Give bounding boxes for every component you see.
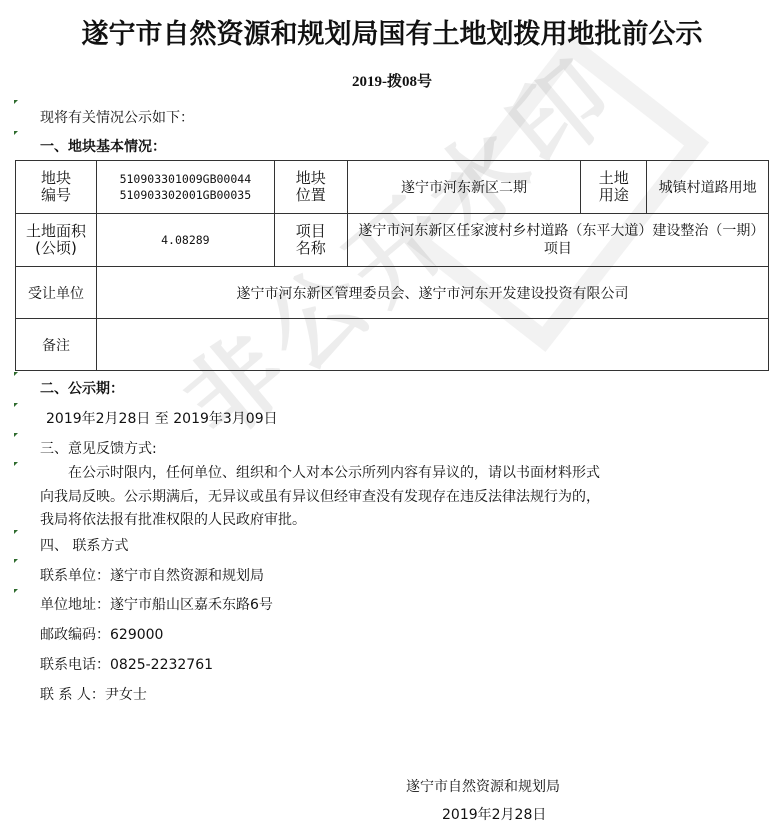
transferee-label: 受让单位 [16, 267, 97, 319]
section2-heading: 二、公示期： [40, 378, 124, 398]
contact-phone: 联系电话：0825-2232761 [40, 654, 213, 674]
parcel-no-values: 510903301009GB00044 510903302001GB00035 [96, 161, 274, 214]
signature-date: 2019年2月28日 [442, 804, 546, 824]
document-number: 2019-拨08号 [0, 70, 784, 91]
section4-heading: 四、 联系方式 [40, 535, 128, 555]
feedback-line: 向我局反映。公示期满后，无异议或虽有异议但经审查没有发现存在违反法律法规行为的， [40, 486, 700, 510]
use-value: 城镇村道路用地 [647, 161, 769, 214]
feedback-paragraph: 在公示时限内，任何单位、组织和个人对本公示所列内容有异议的，请以书面材料形式 向… [40, 462, 700, 533]
location-label: 地块位置 [274, 161, 347, 214]
paragraph-mark-icon [14, 372, 18, 376]
paragraph-mark-icon [14, 433, 18, 437]
paragraph-mark-icon [14, 589, 18, 593]
contact-unit: 联系单位：遂宁市自然资源和规划局 [40, 565, 264, 585]
contact-postcode: 邮政编码：629000 [40, 624, 163, 644]
signature-org: 遂宁市自然资源和规划局 [406, 776, 560, 796]
table-row: 受让单位 遂宁市河东新区管理委员会、遂宁市河东开发建设投资有限公司 [16, 267, 769, 319]
section1-heading: 一、地块基本情况： [40, 136, 166, 156]
paragraph-mark-icon [14, 131, 18, 135]
contact-address: 单位地址：遂宁市船山区嘉禾东路6号 [40, 594, 273, 614]
area-value: 4.08289 [96, 214, 274, 267]
parcel-no-2: 510903302001GB00035 [101, 187, 270, 203]
project-value: 遂宁市河东新区任家渡村乡村道路（东平大道）建设整治（一期）项目 [347, 214, 768, 267]
parcel-no-label: 地块编号 [16, 161, 97, 214]
parcel-info-table: 地块编号 510903301009GB00044 510903302001GB0… [15, 160, 769, 371]
paragraph-mark-icon [14, 403, 18, 407]
remarks-label: 备注 [16, 319, 97, 371]
intro-text: 现将有关情况公示如下： [40, 107, 194, 127]
publicity-period: 2019年2月28日 至 2019年3月09日 [46, 408, 278, 428]
transferee-value: 遂宁市河东新区管理委员会、遂宁市河东开发建设投资有限公司 [96, 267, 768, 319]
paragraph-mark-icon [14, 100, 18, 104]
table-row: 土地面积 (公顷) 4.08289 项目名称 遂宁市河东新区任家渡村乡村道路（东… [16, 214, 769, 267]
location-value: 遂宁市河东新区二期 [347, 161, 581, 214]
area-label-line1: 土地面积 [20, 223, 92, 240]
contact-person: 联 系 人：尹女士 [40, 684, 147, 704]
area-label-line2: (公顷) [20, 240, 92, 257]
area-label: 土地面积 (公顷) [16, 214, 97, 267]
project-label: 项目名称 [274, 214, 347, 267]
paragraph-mark-icon [14, 530, 18, 534]
parcel-no-1: 510903301009GB00044 [101, 171, 270, 187]
remarks-value [96, 319, 768, 371]
page-title: 遂宁市自然资源和规划局国有土地划拨用地批前公示 [0, 12, 784, 51]
section3-heading: 三、意见反馈方式: [40, 438, 157, 458]
feedback-line: 我局将依法报有批准权限的人民政府审批。 [40, 509, 700, 533]
table-row: 地块编号 510903301009GB00044 510903302001GB0… [16, 161, 769, 214]
use-label: 土地用途 [581, 161, 647, 214]
paragraph-mark-icon [14, 462, 18, 466]
feedback-line: 在公示时限内，任何单位、组织和个人对本公示所列内容有异议的，请以书面材料形式 [40, 462, 700, 486]
paragraph-mark-icon [14, 559, 18, 563]
table-row: 备注 [16, 319, 769, 371]
